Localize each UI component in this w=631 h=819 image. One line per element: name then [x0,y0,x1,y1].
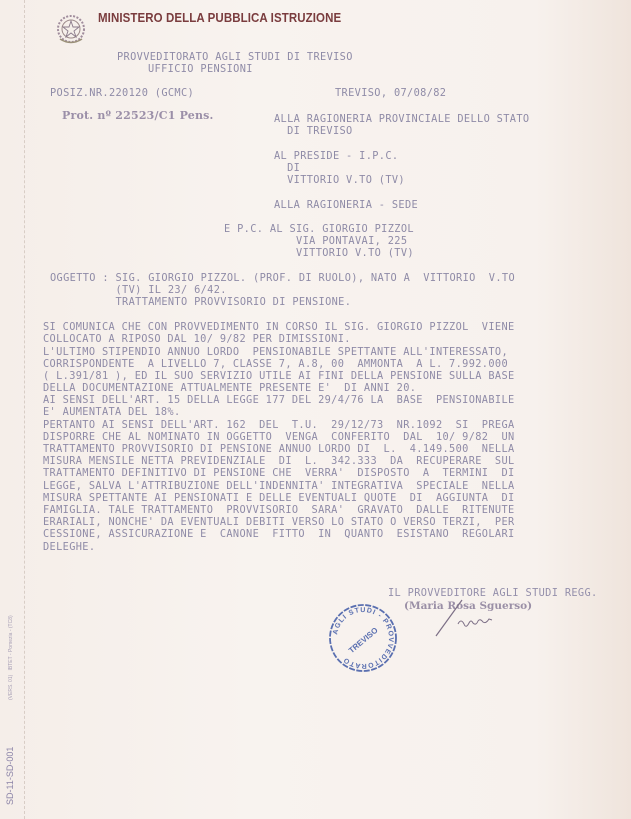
recipient-line: VITTORIO V.TO (TV) [224,247,414,259]
official-round-stamp-icon: AGLI STUDI - PROVVEDITORATO TREVISO [328,603,398,673]
body-line: MISURA MENSILE NETTA PREVIDENZIALE DI L.… [43,455,515,467]
body-line: SI COMUNICA CHE CON PROVVEDIMENTO IN COR… [43,321,515,333]
body-line: DISPORRE CHE AL NOMINATO IN OGGETTO VENG… [43,431,515,443]
body-line: ERARIALI, NONCHE' DA EVENTUALI DEBITI VE… [43,516,515,528]
recipient-line: E P.C. AL SIG. GIORGIO PIZZOL [224,223,414,235]
recipient-line: AL PRESIDE - I.P.C. [274,150,398,162]
form-print-note: (VERS. 01) IBTET - Pomezia - (TC8) [8,615,14,700]
body-line: E' AUMENTATA DEL 18%. [43,406,181,418]
ministry-heading: MINISTERO DELLA PUBBLICA ISTRUZIONE [98,11,341,25]
protocol-number: Prot. nº 22523/C1 Pens. [62,109,214,122]
recipient-line: ALLA RAGIONERIA - SEDE [274,199,418,211]
body-line: FAMIGLIA. TALE TRATTAMENTO PROVVISORIO S… [43,504,515,516]
subject-line: TRATTAMENTO PROVVISORIO DI PENSIONE. [50,296,351,308]
svg-text:TREVISO: TREVISO [347,626,380,655]
recipient-line: VITTORIO V.TO (TV) [274,174,405,186]
body-line: L'ULTIMO STIPENDIO ANNUO LORDO PENSIONAB… [43,346,508,358]
body-line: CESSIONE, ASSICURAZIONE E CANONE FITTO I… [43,528,515,540]
body-line: TRATTAMENTO DEFINITIVO DI PENSIONE CHE V… [43,467,515,479]
form-code: SD-11-SD-001 [5,747,15,805]
body-line: DELLA DOCUMENTAZIONE ATTUALMENTE PRESENT… [43,382,416,394]
body-line: TRATTAMENTO PROVVISORIO DI PENSIONE ANNU… [43,443,515,455]
fold-margin-line [24,0,26,819]
place-date: TREVISO, 07/08/82 [335,87,446,99]
recipient-line: VIA PONTAVAI, 225 [224,235,407,247]
body-line: PERTANTO AI SENSI DELL'ART. 162 DEL T.U.… [43,419,515,431]
body-line: MISURA SPETTANTE AI PENSIONATI E DELLE E… [43,492,515,504]
document-page: MINISTERO DELLA PUBBLICA ISTRUZIONE PROV… [0,0,631,819]
body-line: DELEGHE. [43,541,95,553]
italian-republic-emblem-icon [55,13,87,47]
subject-line: OGGETTO : SIG. GIORGIO PIZZOL. (PROF. DI… [50,272,515,284]
recipient-line: ALLA RAGIONERIA PROVINCIALE DELLO STATO [274,113,529,125]
body-line: AI SENSI DELL'ART. 15 DELLA LEGGE 177 DE… [43,394,515,406]
recipient-line: DI [274,162,300,174]
office-department: UFFICIO PENSIONI [148,63,253,75]
body-line: ( L.391/81 ), ED IL SUO SERVIZIO UTILE A… [43,370,515,382]
body-line: CORRISPONDENTE A LIVELLO 7, CLASSE 7, A.… [43,358,508,370]
body-line: LEGGE, SALVA L'ATTRIBUZIONE DELL'INDENNI… [43,480,515,492]
position-number: POSIZ.NR.220120 (GCMC) [50,87,194,99]
subject-line: (TV) IL 23/ 6/42. [50,284,227,296]
recipient-line: DI TREVISO [274,125,353,137]
office-name: PROVVEDITORATO AGLI STUDI DI TREVISO [117,51,353,63]
body-line: COLLOCATO A RIPOSO DAL 10/ 9/82 PER DIMI… [43,333,351,345]
handwritten-signature-icon [430,598,520,638]
